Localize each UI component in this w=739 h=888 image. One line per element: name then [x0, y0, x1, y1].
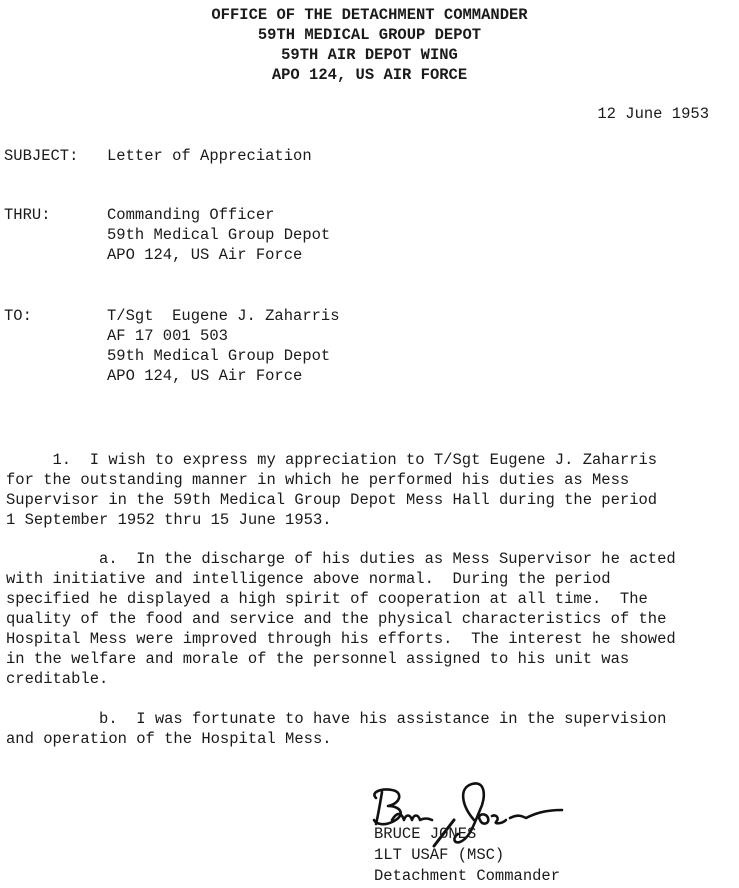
to-line-4: APO 124, US Air Force — [107, 366, 302, 386]
para-a-line: in the welfare and morale of the personn… — [6, 649, 629, 669]
letterhead-line-3: 59TH AIR DEPOT WING — [0, 45, 739, 65]
para-a-line: quality of the food and service and the … — [6, 609, 666, 629]
thru-label: THRU: — [4, 205, 51, 225]
letter-page: OFFICE OF THE DETACHMENT COMMANDER 59TH … — [0, 0, 739, 888]
para1-line: for the outstanding manner in which he p… — [6, 470, 629, 490]
letter-date: 12 June 1953 — [597, 104, 709, 124]
signer-name: BRUCE JONES — [374, 824, 476, 844]
para1-line: Supervisor in the 59th Medical Group Dep… — [6, 490, 657, 510]
subject-value: Letter of Appreciation — [107, 146, 312, 166]
letterhead-line-2: 59TH MEDICAL GROUP DEPOT — [0, 25, 739, 45]
signer-rank: 1LT USAF (MSC) — [374, 845, 504, 865]
para-a-line: specified he displayed a high spirit of … — [6, 589, 648, 609]
thru-line-3: APO 124, US Air Force — [107, 245, 302, 265]
letterhead-line-1: OFFICE OF THE DETACHMENT COMMANDER — [0, 5, 739, 25]
para-a-line: Hospital Mess were improved through his … — [6, 629, 676, 649]
thru-line-2: 59th Medical Group Depot — [107, 225, 330, 245]
signer-title: Detachment Commander — [374, 866, 560, 886]
para-b-line: b. I was fortunate to have his assistanc… — [6, 709, 666, 729]
subject-label: SUBJECT: — [4, 146, 78, 166]
to-line-3: 59th Medical Group Depot — [107, 346, 330, 366]
para-b-line: and operation of the Hospital Mess. — [6, 729, 332, 749]
to-label: TO: — [4, 306, 32, 326]
para-a-line: creditable. — [6, 669, 108, 689]
para-a-line: with initiative and intelligence above n… — [6, 569, 611, 589]
thru-line-1: Commanding Officer — [107, 205, 274, 225]
to-line-1: T/Sgt Eugene J. Zaharris — [107, 306, 340, 326]
letterhead-text-1: OFFICE OF THE DETACHMENT COMMANDER — [211, 5, 527, 25]
letterhead-text-2: 59TH MEDICAL GROUP DEPOT — [258, 25, 481, 45]
to-line-2: AF 17 001 503 — [107, 326, 228, 346]
letterhead-text-4: APO 124, US AIR FORCE — [272, 65, 467, 85]
letterhead-line-4: APO 124, US AIR FORCE — [0, 65, 739, 85]
para-a-line: a. In the discharge of his duties as Mes… — [6, 549, 676, 569]
letterhead-text-3: 59TH AIR DEPOT WING — [281, 45, 458, 65]
para1-line: 1 September 1952 thru 15 June 1953. — [6, 510, 332, 530]
para1-line: 1. I wish to express my appreciation to … — [6, 450, 657, 470]
